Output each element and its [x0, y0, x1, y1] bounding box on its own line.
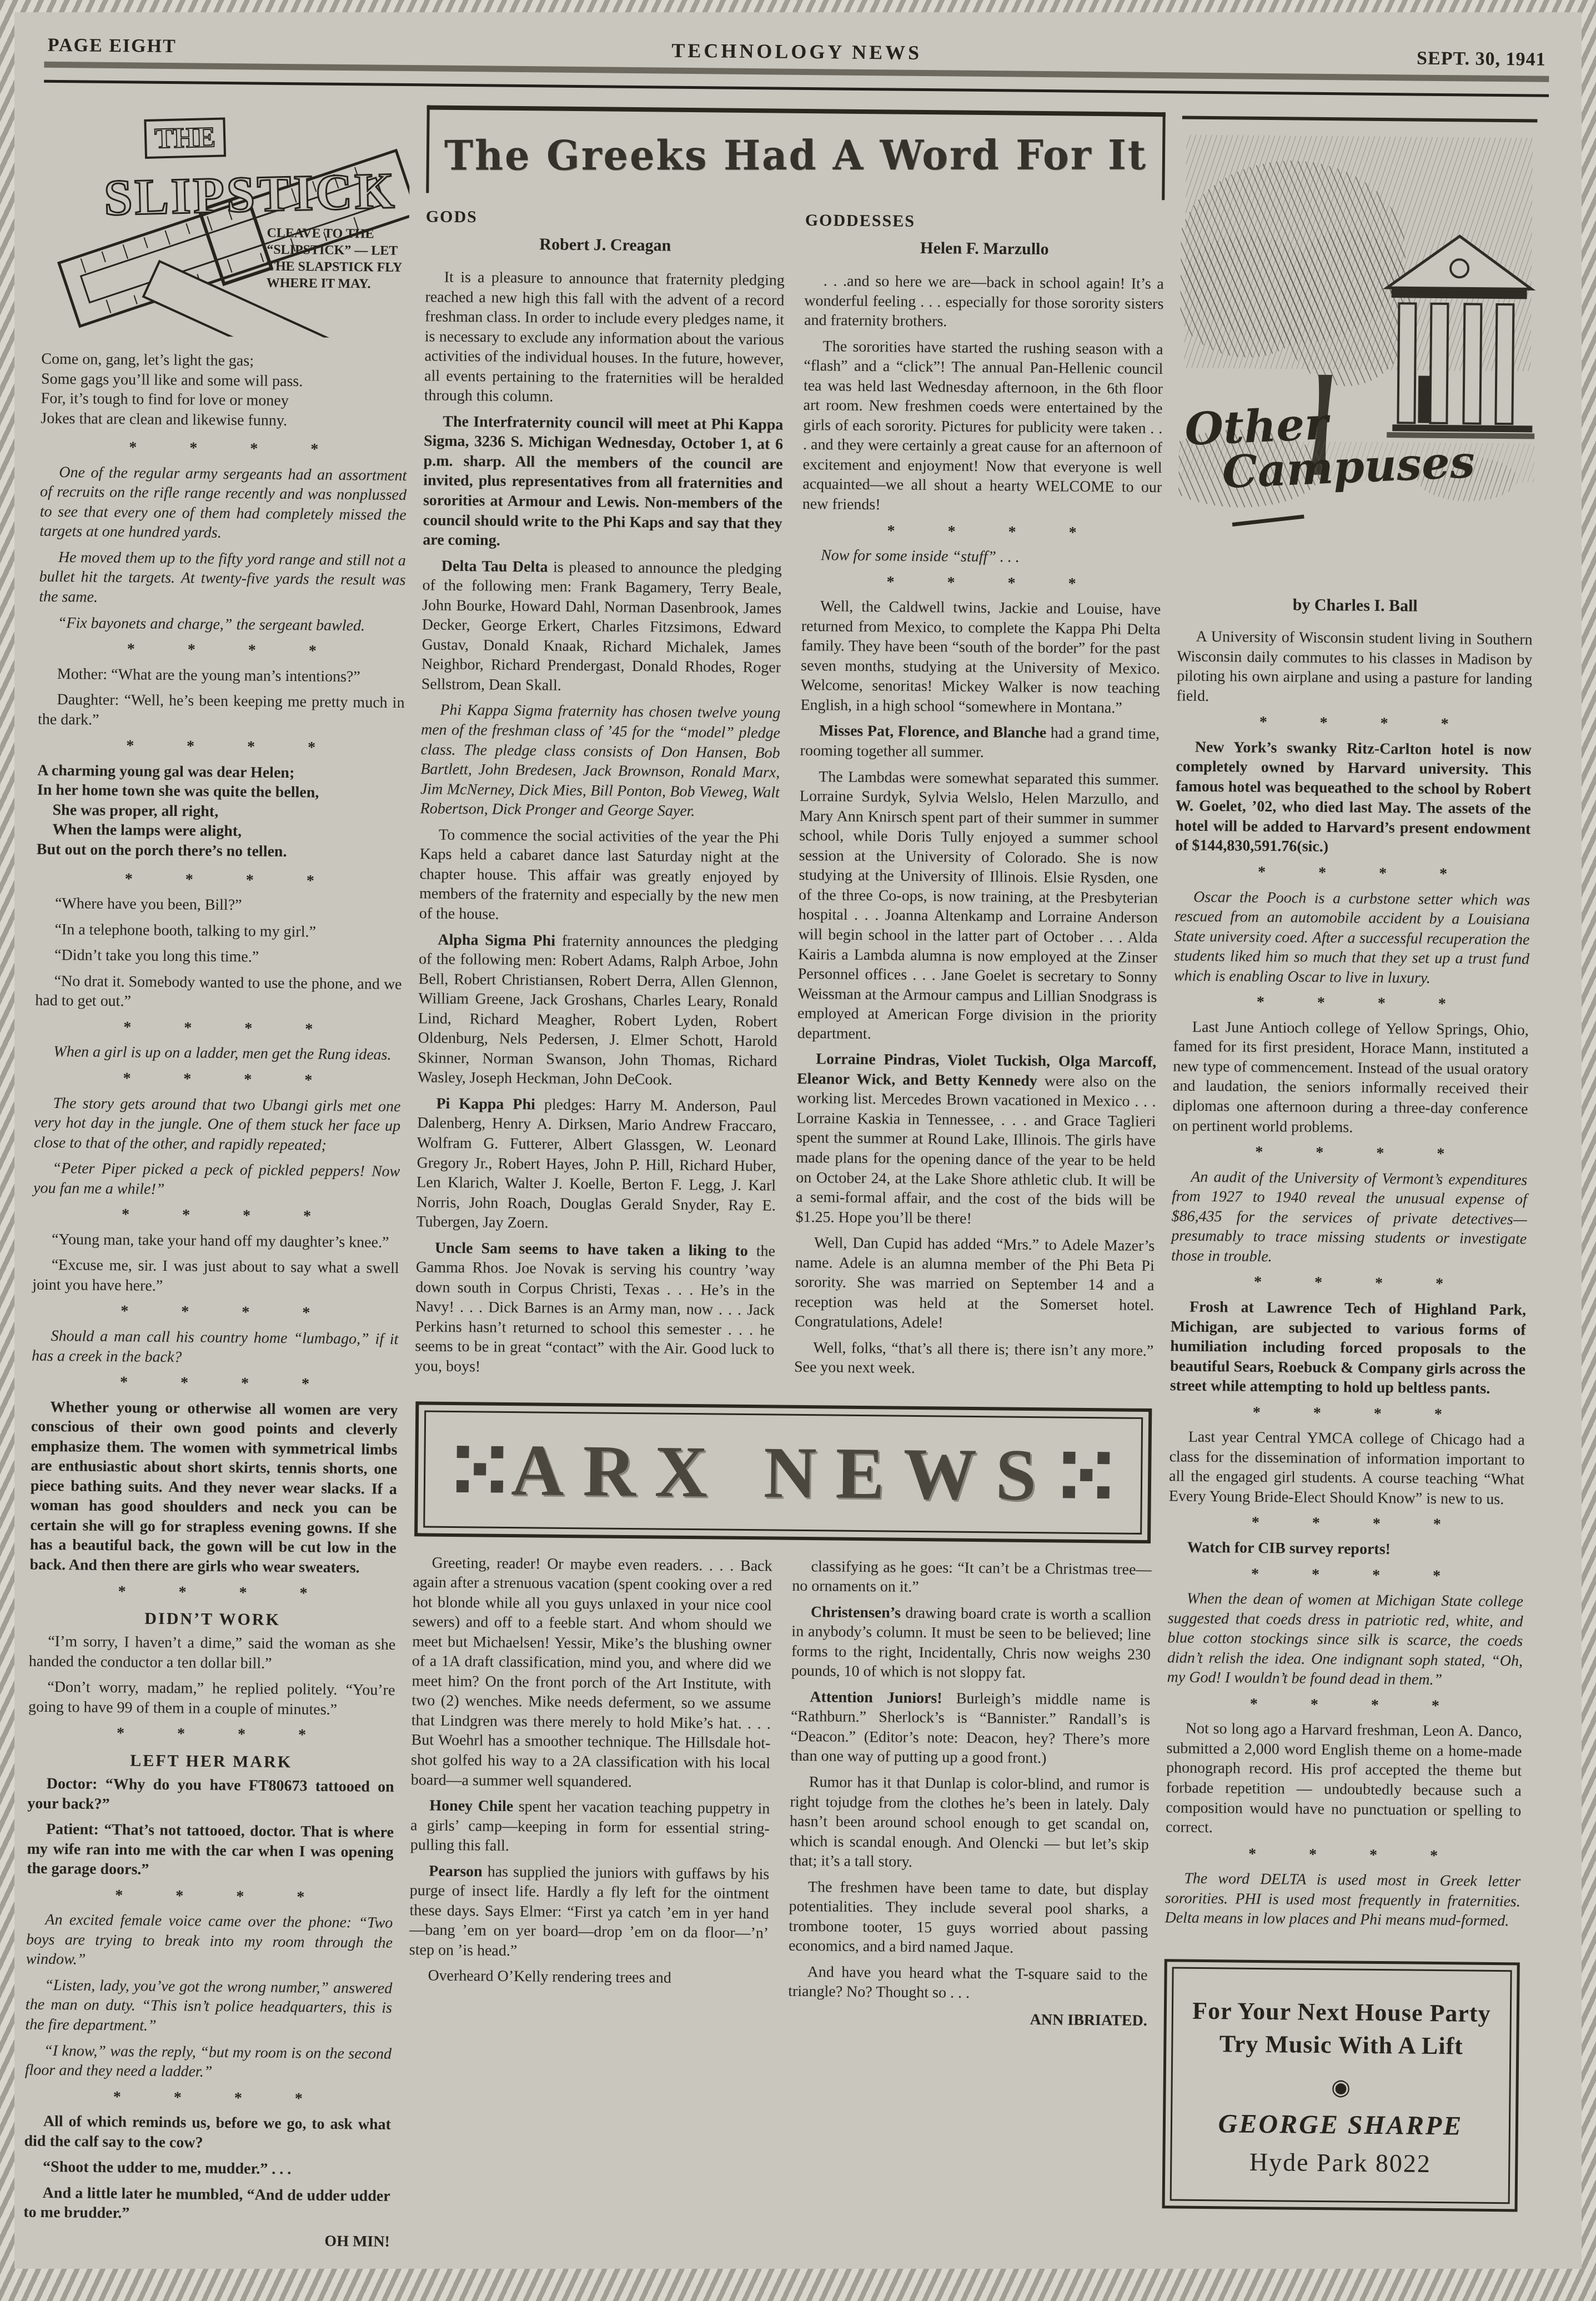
paragraph: Phi Kappa Sigma fraternity has chosen tw…: [420, 700, 780, 822]
paragraph: An audit of the University of Vermont’s …: [1171, 1167, 1528, 1269]
page-sheet: PAGE EIGHT TECHNOLOGY NEWS SEPT. 30, 194…: [14, 12, 1582, 2269]
paragraph: OH MIN!: [23, 2229, 390, 2252]
goddesses-column-text: . . .and so here we are—back in school a…: [794, 271, 1164, 1381]
paragraph: One of the regular army sergeants had an…: [39, 462, 406, 545]
paragraph: To commence the social activities of the…: [419, 825, 780, 927]
paragraph: “Peter Piper picked a peck of pickled pe…: [33, 1159, 400, 1201]
asterisk-separator: * * * *: [802, 520, 1161, 543]
asterisk-separator: * * * *: [32, 1372, 398, 1395]
paragraph: Oscar the Pooch is a curbstone setter wh…: [1174, 887, 1530, 989]
other-campuses-title: Other Campuses: [1184, 392, 1537, 540]
page-date: SEPT. 30, 1941: [1180, 46, 1546, 70]
paragraph: Honey Chile spent her vacation teaching …: [410, 1796, 770, 1858]
slipstick-header: THE SLIPSTICK CLEAVE TO THE “SLIPSTICK” …: [42, 102, 410, 338]
paragraph: He moved them up to the fifty yord range…: [39, 548, 406, 610]
other-campuses-byline: by Charles I. Ball: [1177, 594, 1533, 616]
paragraph: Watch for CIB survey reports!: [1168, 1537, 1524, 1561]
ad-headline-line2: Try Music With A Lift: [1184, 2027, 1499, 2063]
paragraph: Not so long ago a Harvard freshman, Leon…: [1166, 1719, 1522, 1841]
paragraph: Well, Dan Cupid has added “Mrs.” to Adel…: [795, 1233, 1155, 1335]
asterisk-separator: * * * *: [801, 572, 1161, 595]
paragraph: “Young man, take your hand off my daught…: [33, 1229, 399, 1252]
paragraph: “I know,” was the reply, “but my room is…: [25, 2041, 392, 2083]
paragraph: The word DELTA is used most in Greek let…: [1165, 1868, 1520, 1931]
slipstick-caption: CLEAVE TO THE “SLIPSTICK” — LET THE SLAP…: [267, 225, 406, 293]
slipstick-the-label: THE: [144, 117, 226, 159]
paragraph: Patient: “That’s not tattooed, doctor. T…: [27, 1819, 394, 1882]
paragraph: An excited female voice came over the ph…: [26, 1910, 393, 1973]
asterisk-separator: * * * *: [1171, 1272, 1526, 1295]
paragraph: When the dean of women at Michigan State…: [1167, 1588, 1524, 1691]
paragraph: And have you heard what the T-square sai…: [788, 1962, 1148, 2005]
paragraph: Last year Central YMCA college of Chicag…: [1169, 1427, 1525, 1510]
asterisk-separator: * * * *: [1172, 1142, 1528, 1165]
paragraph: The Interfraternity council will meet at…: [423, 412, 783, 553]
paragraph: “Didn’t take you long this time.”: [36, 945, 402, 969]
slipstick-title: SLIPSTICK: [103, 161, 397, 227]
goddesses-label: GODDESSES: [805, 211, 1165, 233]
paragraph: “In a telephone booth, talking to my gir…: [36, 919, 402, 943]
asterisk-separator: * * * *: [32, 1301, 399, 1324]
paragraph: Attention Juniors! Burleigh’s middle nam…: [790, 1687, 1150, 1769]
paragraph: New York’s swanky Ritz-Carlton hotel is …: [1175, 737, 1532, 859]
asterisk-separator: * * * *: [38, 639, 405, 662]
goddesses-column: GODDESSES Helen F. Marzullo . . .and so …: [794, 211, 1165, 1390]
goddesses-byline: Helen F. Marzullo: [805, 238, 1164, 260]
paragraph: Rumor has it that Dunlap is color-blind,…: [789, 1772, 1150, 1874]
arx-motif-icon: [456, 1446, 504, 1493]
paragraph: The story gets around that two Ubangi gi…: [34, 1093, 401, 1156]
paragraph: Come on, gang, let’s light the gas; Some…: [41, 349, 408, 432]
paragraph: Well, folks, “that’s all there is; there…: [794, 1338, 1154, 1381]
paragraph: Mother: “What are the young man’s intent…: [38, 664, 405, 687]
paragraph: Misses Pat, Florence, and Blanche had a …: [800, 721, 1160, 764]
paragraph: “Fix bayonets and charge,” the sergeant …: [39, 613, 405, 636]
ad-headline-line1: For Your Next House Party: [1185, 1994, 1499, 2030]
paragraph: “Shoot the udder to me, mudder.” . . .: [24, 2157, 390, 2180]
arx-news-title: ARX NEWS: [511, 1427, 1056, 1517]
paragraph: Delta Tau Delta is pleased to announce t…: [421, 556, 782, 698]
greeks-headline-box: The Greeks Had A Word For It: [426, 105, 1165, 200]
paragraph: “Don’t worry, madam,” he replied politel…: [28, 1677, 395, 1720]
asterisk-separator: * * * *: [1170, 1402, 1525, 1425]
asterisk-separator: * * * *: [1165, 1843, 1520, 1867]
paragraph: Well, the Caldwell twins, Jackie and Lou…: [800, 596, 1161, 718]
asterisk-separator: * * * *: [1175, 861, 1530, 885]
page-title: TECHNOLOGY NEWS: [414, 36, 1180, 67]
asterisk-separator: * * * *: [1173, 992, 1529, 1015]
house-party-ad: For Your Next House Party Try Music With…: [1162, 1959, 1520, 2212]
asterisk-separator: * * * *: [29, 1581, 396, 1604]
paragraph: Christensen’s drawing board crate is wor…: [791, 1602, 1151, 1684]
asterisk-separator: * * * *: [41, 437, 407, 460]
paragraph: Alpha Sigma Phi fraternity announces the…: [418, 930, 779, 1091]
paragraph: “Excuse me, sir. I was just about to say…: [32, 1255, 399, 1298]
paragraph: Frosh at Lawrence Tech of Highland Park,…: [1170, 1297, 1527, 1399]
paragraph: “I’m sorry, I haven’t a dime,” said the …: [29, 1632, 396, 1675]
paragraph: DIDN’T WORK: [29, 1607, 395, 1632]
paragraph: The freshmen have been tame to date, but…: [789, 1877, 1148, 1959]
title-flourish: [1232, 514, 1304, 527]
paragraph: “No drat it. Somebody wanted to use the …: [35, 971, 402, 1014]
paragraph: “Listen, lady, you’ve got the wrong numb…: [25, 1976, 392, 2038]
paragraph: When a girl is up on a ladder, men get t…: [34, 1042, 401, 1065]
paragraph: And a little later he mumbled, “And de u…: [23, 2183, 390, 2225]
paragraph: Overheard O’Kelly rendering trees and: [409, 1966, 768, 1989]
other-campuses-column: Other Campuses by Charles I. Ball A Univ…: [1162, 112, 1538, 2268]
asterisk-separator: * * * *: [36, 868, 403, 891]
paragraph: “Where have you been, Bill?”: [36, 894, 403, 917]
paragraph: Now for some inside “stuff” . . .: [802, 545, 1161, 569]
paragraph: Lorraine Pindras, Violet Tuckish, Olga M…: [795, 1049, 1156, 1230]
arx-motif-icon: [1063, 1452, 1110, 1499]
asterisk-separator: * * * *: [1168, 1512, 1524, 1536]
ad-phone-number: Hyde Park 8022: [1183, 2146, 1497, 2178]
paragraph: The sororities have started the rushing …: [802, 337, 1163, 518]
gods-label: GODS: [426, 207, 785, 229]
arx-right-column: classifying as he goes: “It can’t be a C…: [788, 1556, 1152, 2037]
paragraph: Pearson has supplied the juniors with gu…: [409, 1861, 770, 1963]
other-campuses-text: A University of Wisconsin student living…: [1165, 626, 1532, 1931]
slipstick-column: THE SLIPSTICK CLEAVE TO THE “SLIPSTICK” …: [23, 102, 410, 2258]
page-number: PAGE EIGHT: [48, 35, 414, 59]
asterisk-separator: * * * *: [38, 735, 404, 759]
asterisk-separator: * * * *: [33, 1204, 399, 1227]
paragraph: Daughter: “Well, he’s been keeping me pr…: [38, 690, 405, 733]
paragraph: Greeting, reader! Or maybe even readers.…: [411, 1553, 772, 1793]
paragraph: . . .and so here we are—back in school a…: [804, 271, 1164, 334]
arx-news-banner: ARX NEWS: [414, 1401, 1152, 1543]
gods-byline: Robert J. Creagan: [425, 234, 785, 256]
greeks-headline: The Greeks Had A Word For It: [444, 131, 1147, 179]
campus-illustration: Other Campuses: [1178, 112, 1538, 588]
asterisk-separator: * * * *: [1167, 1693, 1522, 1717]
ad-advertiser-name: GEORGE SHARPE: [1183, 2108, 1498, 2141]
asterisk-separator: * * * *: [28, 1723, 394, 1746]
gods-column: GODS Robert J. Creagan It is a pleasure …: [415, 207, 785, 1386]
paragraph: A charming young gal was dear Helen; In …: [37, 761, 404, 863]
paragraph: A University of Wisconsin student living…: [1176, 626, 1532, 709]
asterisk-separator: * * * *: [27, 1884, 393, 1908]
paragraph: Pi Kappa Phi pledges: Harry M. Anderson,…: [416, 1094, 776, 1235]
greeks-section: The Greeks Had A Word For It GODS Robert…: [406, 105, 1166, 2265]
paragraph: The Lambdas were somewhat separated this…: [797, 766, 1160, 1046]
asterisk-separator: * * * *: [1176, 712, 1532, 735]
newspaper-page: PAGE EIGHT TECHNOLOGY NEWS SEPT. 30, 194…: [0, 0, 1596, 2301]
paragraph: classifying as he goes: “It can’t be a C…: [792, 1556, 1152, 1599]
paragraph: Uncle Sam seems to have taken a liking t…: [415, 1238, 775, 1380]
asterisk-separator: * * * *: [1168, 1563, 1523, 1587]
paragraph: Should a man call his country home “lumb…: [32, 1326, 399, 1369]
paragraph: ANN IBRIATED.: [788, 2008, 1147, 2031]
paragraph: Whether young or otherwise all women are…: [29, 1397, 398, 1578]
jokes-column-text: Come on, gang, let’s light the gas; Some…: [23, 349, 408, 2252]
paragraph: All of which reminds us, before we go, t…: [24, 2112, 391, 2154]
paragraph: Last June Antioch college of Yellow Spri…: [1172, 1017, 1529, 1139]
gods-column-text: It is a pleasure to announce that frater…: [415, 267, 785, 1380]
paragraph: LEFT HER MARK: [28, 1749, 394, 1774]
asterisk-separator: * * * *: [35, 1017, 401, 1040]
paragraph: It is a pleasure to announce that frater…: [424, 267, 785, 409]
record-icon: ◉: [1331, 2076, 1351, 2098]
paragraph: Doctor: “Why do you have FT80673 tattooe…: [27, 1774, 394, 1817]
asterisk-separator: * * * *: [24, 2086, 391, 2109]
asterisk-separator: * * * *: [34, 1068, 401, 1091]
other-campuses-title-line2: Campuses: [1221, 437, 1537, 539]
arx-left-column: Greeting, reader! Or maybe even readers.…: [409, 1553, 772, 2033]
